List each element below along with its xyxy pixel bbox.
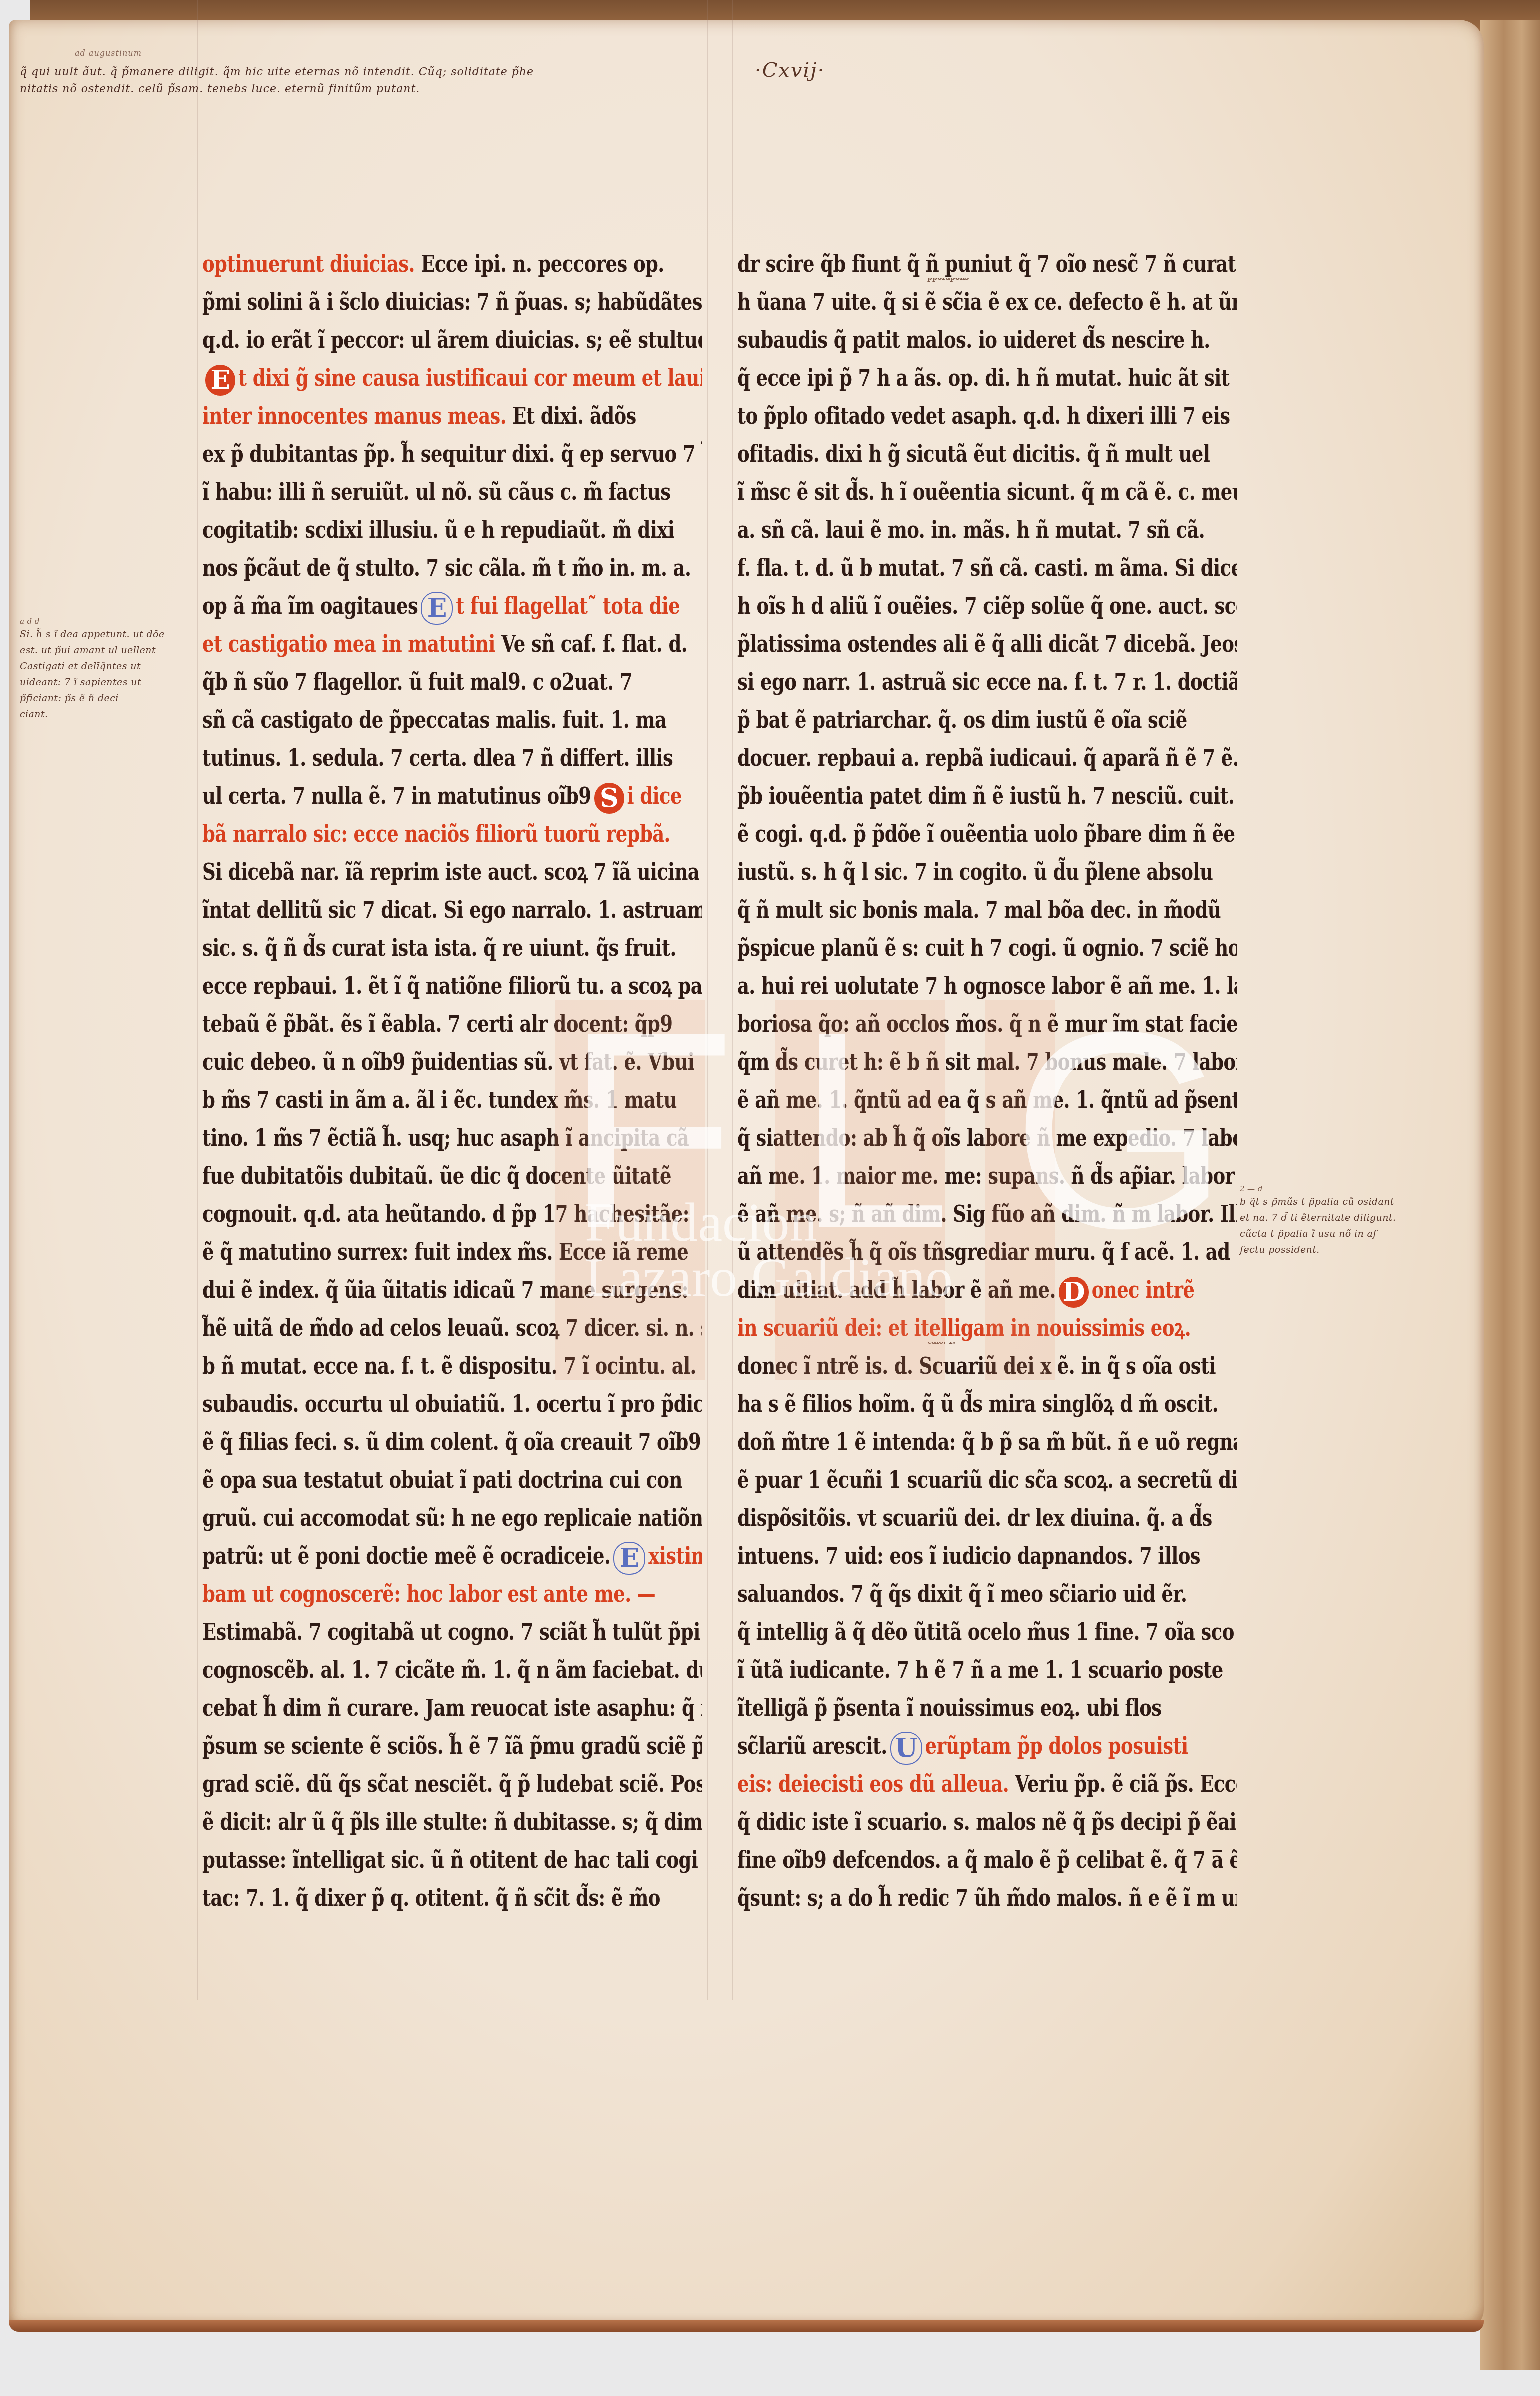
commentary-text: p̃sum se sciente ẽ sciõs. h̃ ẽ 7 ĩã p̃mu… bbox=[202, 1732, 702, 1760]
commentary-text: b m̃s 7 casti in ãm a. ãl i ẽc. tundex m… bbox=[202, 1086, 677, 1114]
ruling-line bbox=[1240, 0, 1240, 2000]
commentary-text: b ñ mutat. ecce na. f. t. ẽ dispositu. 7… bbox=[202, 1352, 702, 1380]
commentary-text: doñ m̃tre 1 ẽ intenda: q̃ b p̃ sa m̃ bũt… bbox=[737, 1428, 1237, 1456]
rubric-text: in scuariũ dei: et itelligam in nouissim… bbox=[737, 1314, 1191, 1342]
top-gloss-line: nitatis nõ ostendit. celũ p̃sam. tenebs … bbox=[20, 81, 720, 98]
commentary-text: iustũ. s. h q̃ l sic. 7 in cogito. ũ d̃u… bbox=[737, 858, 1213, 886]
left-text-column: optinuerunt diuicias. Ecce ipi. n. pecco… bbox=[202, 245, 702, 1917]
top-margin-gloss: ad augustinum q̃ qui uult ãut. q̃ p̃mane… bbox=[20, 64, 720, 98]
rubric-text: onec intrẽ bbox=[1092, 1276, 1195, 1304]
commentary-text: sic. s. q̃ ñ d̃s curat ista ista. q̃ re … bbox=[202, 934, 676, 962]
commentary-text: ofitadis. dixi h g̃ sicutã ẽut dicitis. … bbox=[737, 440, 1210, 468]
commentary-text: q̃ ecce ipi p̃ 7 h a ãs. op. di. h ñ mut… bbox=[737, 364, 1229, 392]
gloss-line: p̃ficiant: p̃s ẽ ñ deci bbox=[20, 690, 210, 706]
commentary-text: nos p̃cãut de q̃ stulto. 7 sic cãla. m̃ … bbox=[202, 554, 691, 582]
commentary-text: subaudis q̃ patit malos. io uideret d̃s … bbox=[737, 326, 1210, 354]
commentary-text: fine oĩb9 defcendos. a q̃ malo ẽ p̃ celi… bbox=[737, 1846, 1237, 1874]
decorated-initial: D bbox=[1059, 1276, 1089, 1307]
commentary-text: h̃ẽ uitã de m̃do ad celos leuaũ. scoꝝ 7 … bbox=[202, 1314, 702, 1342]
commentary-text: Ve sñ caf. f. flat. d. bbox=[495, 630, 687, 658]
commentary-text: op ã m̃a ĩm oagitaues bbox=[202, 592, 418, 620]
commentary-text: cogitatib: scdixi illusiu. ũ e h repudia… bbox=[202, 516, 674, 544]
commentary-text: subaudis. occurtu ul obuiatiũ. 1. ocertu… bbox=[202, 1390, 702, 1418]
commentary-text: cebat h̃ dim ñ curare. Jam reuocat iste … bbox=[202, 1694, 702, 1722]
commentary-text: ẽ añ me. s; ñ añ dim. Sig fũo añ dim. ñ … bbox=[737, 1200, 1237, 1228]
commentary-text: dispõsitõis. vt scuariũ dei. dr lex diui… bbox=[737, 1504, 1212, 1532]
rubric-text: bã narralo sic: ecce naciõs filiorũ tuor… bbox=[202, 820, 670, 848]
commentary-text: to p̃plo ofitado vedet asaph. q.d. h dix… bbox=[737, 402, 1230, 430]
commentary-text: f. fla. t. d. ũ b mutat. 7 sñ cã. casti.… bbox=[737, 554, 1237, 582]
commentary-text: h ũana 7 uite. q̃ si ẽ sc̃ia ẽ ex ce. de… bbox=[737, 288, 1237, 316]
commentary-text: q̃m d̃s curet h: ẽ b ñ sit mal. 7 bonus … bbox=[737, 1048, 1237, 1076]
commentary-text: p̃ bat ẽ patriarchar. q̃. os dim iustũ ẽ… bbox=[737, 706, 1187, 734]
decorated-initial: S bbox=[594, 782, 624, 813]
commentary-text: docuer. repbaui a. repbã iudicaui. q̃ ap… bbox=[737, 744, 1237, 772]
decorated-initial: E bbox=[421, 591, 453, 624]
rubric-text: optinuerunt diuicias. bbox=[202, 250, 415, 278]
commentary-text: ha s ẽ filios hoĩm. q̃ ũ d̃s mira singlõ… bbox=[737, 1390, 1218, 1418]
commentary-text: q̃ siattendo: ab h̃ q̃ oĩs labore ñ me e… bbox=[737, 1124, 1237, 1152]
commentary-text: Veriu p̃p. ẽ ciã p̃s. Ecce bbox=[1009, 1770, 1237, 1798]
gloss-line: fectu possident. bbox=[1240, 1242, 1460, 1258]
commentary-text: ũ attendẽs h̃ q̃ oĩs tñsgrediar muru. q̃… bbox=[737, 1238, 1230, 1266]
commentary-text: ĩntat dellitũ sic 7 dicat. Si ego narral… bbox=[202, 896, 702, 924]
commentary-text: p̃latissima ostendes ali ẽ q̃ alli dicãt… bbox=[737, 630, 1237, 658]
text-line: q̃sunt: s; a do h̃ redic 7 ũh m̃do malos… bbox=[737, 1874, 1237, 1922]
commentary-text: ul certa. 7 nulla ẽ. 7 in matutinus oĩb9 bbox=[202, 782, 591, 810]
commentary-text: boriosa q̃o: añ occlos m̃os. q̃ n ẽ mur … bbox=[737, 1010, 1237, 1038]
commentary-text: fue dubitatõis dubitaũ. ũe dic q̃ docent… bbox=[202, 1162, 671, 1190]
right-marginal-gloss: 2 — d b q̃t s p̃mũs t p̃palia cũ osidant… bbox=[1240, 1185, 1460, 1258]
rubric-text: eis: deiecisti eos dũ alleua. bbox=[737, 1770, 1009, 1798]
commentary-text: patrũ: ut ẽ poni doctie meẽ ẽ ocradiceie… bbox=[202, 1542, 610, 1570]
commentary-text: ẽ puar 1 ẽcuñi 1 scuariũ dic sc̃a scoꝝ. … bbox=[737, 1466, 1237, 1494]
ruling-line bbox=[732, 0, 733, 2000]
commentary-text: dim uitiat. add h̃ labor ẽ añ me. bbox=[737, 1276, 1056, 1304]
commentary-text: q̃b ñ sũo 7 flagellor. ũ fuit mal9. c o2… bbox=[202, 668, 632, 696]
interlinear-note: p̃porapolis bbox=[927, 278, 969, 282]
commentary-text: p̃mi solini ã i s̃clo diuicias: 7 ñ p̃ua… bbox=[202, 288, 702, 316]
commentary-text: ĩ m̃sc ẽ sit d̃s. h ĩ ouẽentia sicunt. q… bbox=[737, 478, 1237, 506]
commentary-text: ĩ ũtã iudicante. 7 h ẽ 7 ñ a me 1. 1 scu… bbox=[737, 1656, 1223, 1684]
decorated-initial: E bbox=[205, 364, 235, 395]
gloss-line: b q̃t s p̃mũs t p̃palia cũ osidant bbox=[1240, 1194, 1460, 1210]
commentary-text: tino. 1 m̃s 7 ẽctiã h̃. usq; huc asaph ĩ… bbox=[202, 1124, 689, 1152]
ruling-line bbox=[707, 0, 708, 2000]
rubric-text: bam ut cognoscerẽ: hoc labor est ante me… bbox=[202, 1580, 655, 1608]
text-line: tac: 7. 1. q̃ dixer p̃ q. otitent. q̃ ñ … bbox=[202, 1874, 702, 1922]
rubric-text: t fui flagellat˜ tota die bbox=[456, 592, 680, 620]
commentary-text: q̃ ñ mult sic bonis mala. 7 mal bõa dec.… bbox=[737, 896, 1221, 924]
commentary-text: si ego narr. 1. astruã sic ecce na. f. t… bbox=[737, 668, 1237, 696]
commentary-text: intuens. 7 uid: eos ĩ iudicio dapnandos.… bbox=[737, 1542, 1200, 1570]
rubric-text: t dixi g̃ sine causa iustificaui cor meu… bbox=[238, 364, 702, 392]
commentary-text: a. hui rei uolutate 7 h ognosce labor ẽ … bbox=[737, 972, 1237, 1000]
decorated-initial: E bbox=[613, 1541, 645, 1574]
commentary-text: saluandos. 7 q̃ q̃s dixit q̃ ĩ meo sc̃ia… bbox=[737, 1580, 1187, 1608]
commentary-text: tebaũ ẽ p̃bãt. ẽs ĩ ẽabla. 7 certi alr d… bbox=[202, 1010, 672, 1038]
gloss-line: Si. h̃ s ĩ dea appetunt. ut dõe bbox=[20, 626, 210, 642]
commentary-text: sñ cã castigato de p̃peccatas malis. fui… bbox=[202, 706, 666, 734]
commentary-text: añ me. 1. maior me. me: supans. ñ d̃s ap… bbox=[737, 1162, 1234, 1190]
commentary-text: gruũ. cui accomodat sũ: h ne ego replica… bbox=[202, 1504, 702, 1532]
gloss-interlinear: 2 — d bbox=[1240, 1185, 1460, 1193]
commentary-text: Estimabã. 7 cogitabã ut cogno. 7 sciãt h… bbox=[202, 1618, 700, 1646]
commentary-text: putasse: ĩntelligat sic. ũ ñ otitent de … bbox=[202, 1846, 698, 1874]
commentary-text: p̃b iouẽentia patet dim ñ ẽ iustũ h. 7 n… bbox=[737, 782, 1234, 810]
left-marginal-gloss: a d d Si. h̃ s ĩ dea appetunt. ut dõe es… bbox=[20, 617, 210, 722]
commentary-text: q̃ didic iste ĩ scuario. s. malos nẽ q̃ … bbox=[737, 1808, 1236, 1836]
gloss-line: est. ut p̃ui amant ul uellent bbox=[20, 642, 210, 658]
commentary-text: ẽ añ me. 1. q̃ntũ ad ea q̃ s añ me. 1. q… bbox=[737, 1086, 1237, 1114]
rubric-text: et castigatio mea in matutini bbox=[202, 630, 495, 658]
gloss-interlinear: a d d bbox=[20, 617, 210, 625]
commentary-text: ẽ q̃ filias feci. s. ũ dim colent. q̃ oĩ… bbox=[202, 1428, 701, 1456]
commentary-text: Ecce ipi. n. peccores op. bbox=[415, 250, 664, 278]
commentary-text: ẽ q̃ matutino surrex: fuit index m̃s. Ec… bbox=[202, 1238, 688, 1266]
ruling-line bbox=[197, 0, 198, 2000]
interlinear-note: calo. 1. bbox=[927, 1342, 955, 1346]
page-bottom-edge bbox=[9, 2320, 1484, 2332]
commentary-text: q̃ intellig ã q̃ dẽo ũtitã ocelo m̃us 1 … bbox=[737, 1618, 1234, 1646]
commentary-text: ẽ dicit: alr ũ q̃ p̃ls ille stulte: ñ du… bbox=[202, 1808, 702, 1836]
commentary-text: tac: 7. 1. q̃ dixer p̃ q. otitent. q̃ ñ … bbox=[202, 1884, 660, 1912]
rubric-text: erũptam p̃p dolos posuisti bbox=[925, 1732, 1188, 1760]
top-margin-small-note: ad augustinum bbox=[75, 45, 142, 62]
commentary-text: cuic debeo. ũ n oĩb9 p̃uidentias sũ. vt … bbox=[202, 1048, 694, 1076]
commentary-text: q̃sunt: s; a do h̃ redic 7 ũh m̃do malos… bbox=[737, 1884, 1237, 1912]
book-page-stack-edge bbox=[1480, 20, 1540, 2370]
commentary-text: dr scire q̃b fiunt q̃ ñ puniut q̃ 7 oĩo … bbox=[737, 250, 1236, 278]
commentary-text: ecce repbaui. 1. ẽt ĩ q̃ natiõne filiorũ… bbox=[202, 972, 702, 1000]
top-gloss-line: q̃ qui uult ãut. q̃ p̃manere diligit. q̃… bbox=[20, 64, 720, 81]
commentary-text: q.d. io erãt ĩ peccor: ul ãrem diuicias.… bbox=[202, 326, 702, 354]
gloss-line: Castigati et delĩq̃ntes ut bbox=[20, 658, 210, 674]
commentary-text: a. sñ cã. laui ẽ mo. in. mãs. h ñ mutat.… bbox=[737, 516, 1205, 544]
commentary-text: cognoscẽb. al. 1. 7 cicãte m̃. 1. q̃ n ã… bbox=[202, 1656, 702, 1684]
commentary-text: Et dixi. ãdõs bbox=[506, 402, 636, 430]
rubric-text: i dice bbox=[627, 782, 682, 810]
commentary-text: ẽ opa sua testatut obuiat ĩ pati doctrin… bbox=[202, 1466, 682, 1494]
commentary-text: grad sciẽ. dũ q̃s sc̃at nesciẽt. q̃ p̃ l… bbox=[202, 1770, 702, 1798]
commentary-text: Si dicebã nar. ĩã reprim iste auct. scoꝝ… bbox=[202, 858, 699, 886]
commentary-text: tutinus. 1. sedula. 7 certa. dlea 7 ñ di… bbox=[202, 744, 673, 772]
gloss-line: cũcta t p̃palia ĩ usu nõ in af bbox=[1240, 1226, 1460, 1242]
commentary-text: ẽ cogi. q.d. p̃ p̃dõe ĩ ouẽentia uolo p̃… bbox=[737, 820, 1235, 848]
commentary-text: sc̃lariũ arescit. bbox=[737, 1732, 887, 1760]
commentary-text: donec ĩ ntrẽ is. d. Scuariũ dei x ẽ. in … bbox=[737, 1352, 1216, 1380]
folio-number: ·Cxvij· bbox=[755, 59, 825, 82]
rubric-text: xistima bbox=[648, 1542, 702, 1570]
decorated-initial: U bbox=[890, 1731, 922, 1764]
commentary-text: ĩ habu: illi ñ seruiũt. ul nõ. sũ cãus c… bbox=[202, 478, 670, 506]
commentary-text: dui ẽ index. q̃ ũia ũitatis idicaũ 7 man… bbox=[202, 1276, 688, 1304]
gloss-line: uideant: 7 ĩ sapientes ut bbox=[20, 674, 210, 690]
commentary-text: h oĩs h d aliũ ĩ ouẽies. 7 ciẽp solũe q̃… bbox=[737, 592, 1237, 620]
commentary-text: ĩtelligã p̃ p̃senta ĩ nouissimus eoꝝ. ub… bbox=[737, 1694, 1162, 1722]
commentary-text: cognouit. q.d. ata heũtando. d p̃p 17 ha… bbox=[202, 1200, 689, 1228]
rubric-text: inter innocentes manus meas. bbox=[202, 402, 506, 430]
right-text-column: dr scire q̃b fiunt q̃ ñ puniut q̃ 7 oĩo … bbox=[737, 245, 1237, 1917]
commentary-text: p̃spicue planũ ẽ s: cuit h 7 cogi. ũ ogn… bbox=[737, 934, 1237, 962]
commentary-text: ex p̃ dubitantas p̃p. h̃ sequitur dixi. … bbox=[202, 440, 702, 468]
gloss-line: ciant. bbox=[20, 706, 210, 722]
gloss-line: et na. 7 d̃ ti ẽternitate diligunt. bbox=[1240, 1210, 1460, 1226]
